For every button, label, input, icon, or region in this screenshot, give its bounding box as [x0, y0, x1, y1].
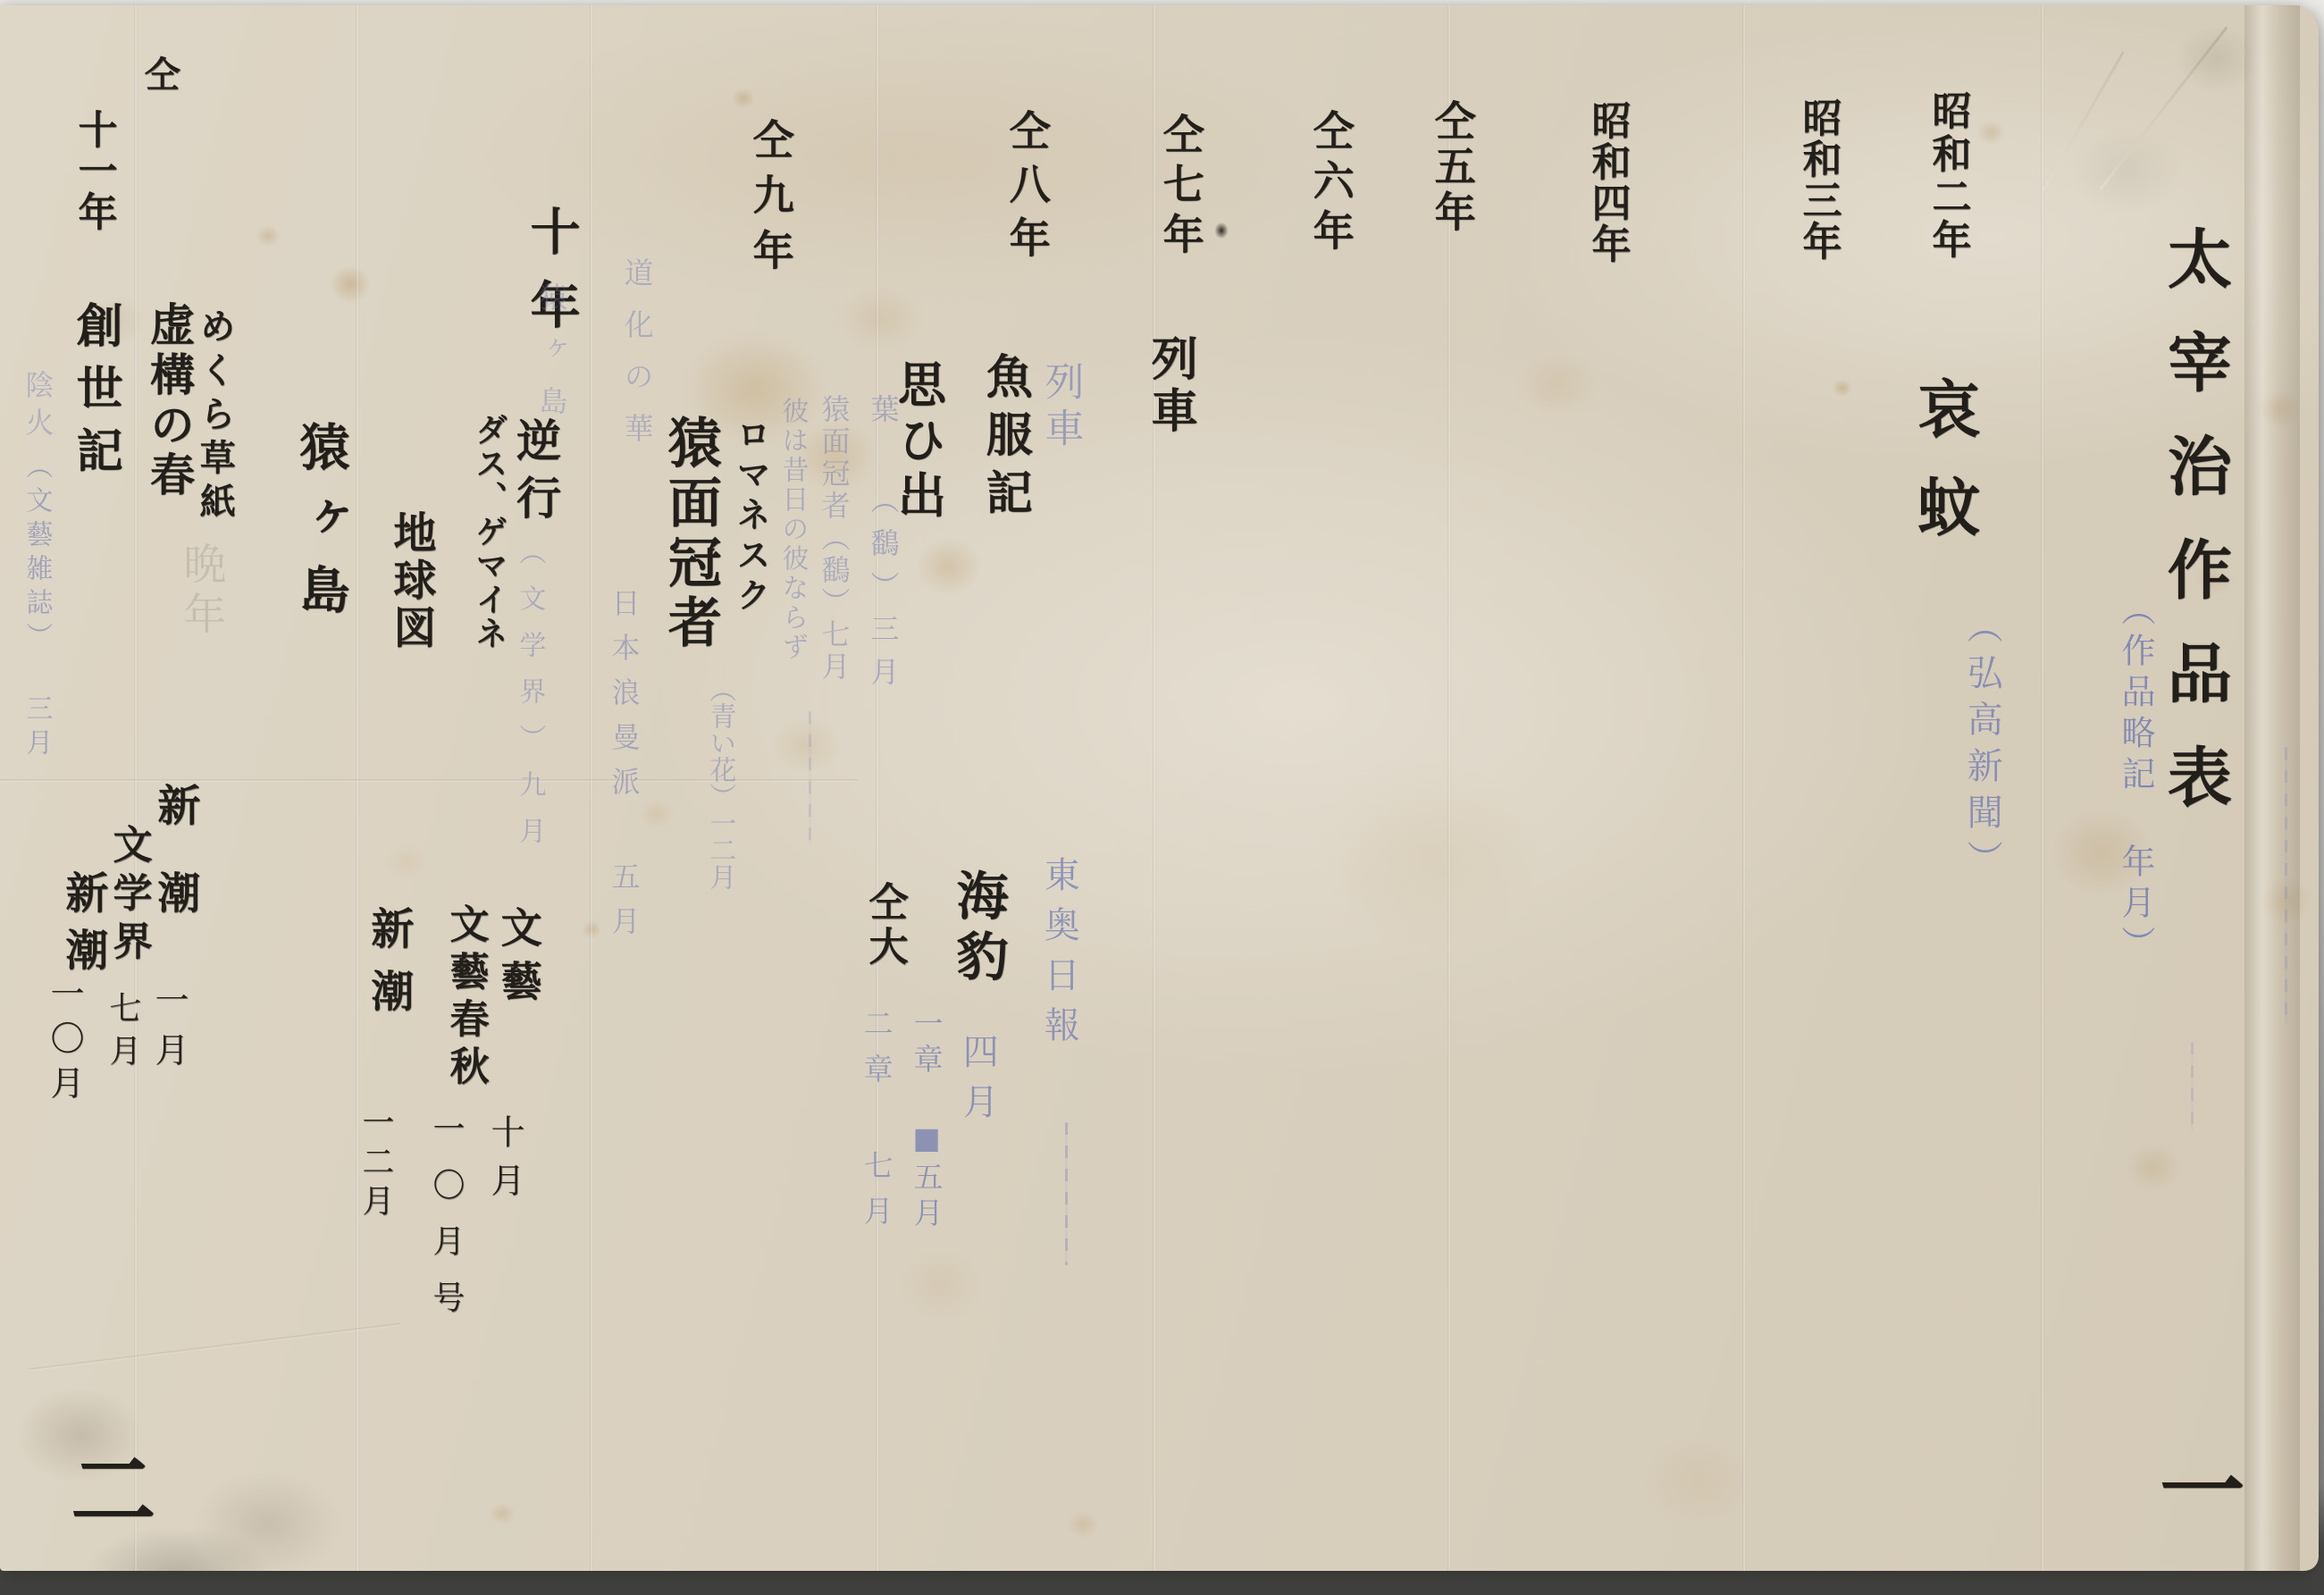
note-kaihyo-month: 四月 — [958, 1033, 996, 1133]
faint-pencil-trace — [2191, 1042, 2194, 1131]
work-sarugashima: 猿ヶ島 — [294, 421, 348, 635]
note-aoi-hana: ︵青い花︶一二月 — [705, 676, 734, 890]
pub-bungei-month: 十月 — [486, 1114, 523, 1211]
note-sarumen: 猿面冠者︵鷭︶七月 — [818, 394, 850, 684]
year-9: 仝九年 — [748, 118, 793, 284]
fold-crease — [1742, 5, 1746, 1571]
fold-crease — [1447, 5, 1451, 1571]
pub-shincho-10: 新潮 — [365, 906, 411, 1031]
faint-pencil-trace — [2285, 747, 2287, 1024]
note-bungei-zasshi: ︵文藝雑誌︶ 三月 — [21, 452, 50, 762]
year-7: 仝七年 — [1158, 113, 1203, 263]
note-aika: ︵弘高新聞︶ — [1962, 608, 2001, 886]
fold-crease — [134, 5, 138, 1571]
pub-bungakukai-11: 文学界 — [107, 824, 150, 969]
fold-crease — [876, 5, 879, 1571]
note-bungakukai: ︵文学界︶九月 — [515, 538, 543, 863]
year-11: 十一年 — [72, 109, 115, 232]
work-romanesque: ロマネスク — [733, 416, 769, 617]
pub-bungei: 文藝 — [496, 906, 541, 1013]
note-chapter-2: 二章 七月 — [860, 1008, 893, 1241]
year-showa-2: 昭和二年 — [1926, 90, 1969, 262]
wrinkle — [2100, 26, 2228, 189]
pub-bungeishunju-month: 一〇月号 — [428, 1112, 463, 1337]
page-title: 太宰治作品表 — [2160, 225, 2229, 847]
note-doke-no-hana: 道化の華 — [621, 257, 653, 465]
faint-pencil-trace — [809, 711, 811, 845]
fold-crease — [356, 5, 359, 1571]
work-chikyuzu: 地球図 — [387, 510, 433, 652]
pub-shincho-11a-month: 一月 — [150, 982, 187, 1082]
note-inka: 陰火 — [22, 370, 54, 445]
work-sarumen-kaja: 猿面冠者 — [661, 415, 719, 654]
page-number-left: 二 — [60, 1446, 152, 1531]
horizontal-crease — [28, 1322, 400, 1371]
note-ha: 葉 ︵鷭︶三月 — [868, 394, 899, 700]
pub-shincho-10-month: 一二月 — [357, 1105, 392, 1223]
note-kare: 彼は昔日の彼ならず — [777, 397, 806, 662]
work-gyakko: 逆行 — [511, 417, 559, 532]
year-showa-3: 昭和三年 — [1797, 97, 1840, 262]
note-title: ︵作品略記 年月︶ — [2117, 592, 2153, 967]
ghost-bannen: 晩年 — [177, 541, 223, 642]
pub-bungakukai-11-month: 七月 — [105, 991, 139, 1077]
pub-shincho-11b: 新潮 — [59, 870, 105, 985]
year-showa-4: 昭和四年 — [1586, 100, 1629, 264]
work-omoide: 思ひ出 — [893, 359, 944, 525]
note-nihon-roman-ha: 日本浪曼派 五月 — [608, 588, 640, 951]
pub-shincho-11a: 新潮 — [151, 783, 197, 958]
work-ressha: 列車 — [1145, 334, 1195, 438]
note-ressha: 列車 — [1039, 361, 1082, 454]
photo-backdrop: 太宰治作品表︵作品略記 年月︶昭和二年哀蚊︵弘高新聞︶昭和三年昭和四年仝五年仝六… — [0, 0, 2324, 1595]
fold-crease — [1153, 5, 1156, 1571]
work-kyoko-no-haru: 虚構の春 — [145, 301, 193, 501]
work-soseiki: 創世記 — [70, 301, 120, 489]
faint-pencil-trace — [1065, 1122, 1068, 1265]
work-kaihyo: 海豹 — [950, 869, 1006, 990]
year-6: 仝六年 — [1308, 109, 1353, 259]
manuscript-paper: 太宰治作品表︵作品略記 年月︶昭和二年哀蚊︵弘高新聞︶昭和三年昭和四年仝五年仝六… — [0, 5, 2319, 1571]
note-toou-nippo: 東奥日報 — [1039, 856, 1078, 1056]
work-gyofukuki: 魚服記 — [979, 352, 1029, 526]
page-number-right: 一 — [2149, 1446, 2241, 1531]
note-sarugashima: 猿ヶ島 — [536, 282, 567, 438]
right-edge-fold — [2244, 5, 2300, 1571]
year-5: 仝五年 — [1430, 99, 1474, 236]
label-dou-dai: 仝大 — [863, 881, 906, 970]
fold-crease — [2041, 5, 2044, 1571]
year-11-ditto: 仝 — [140, 55, 179, 91]
year-8: 仝八年 — [1004, 109, 1049, 270]
fold-crease — [590, 5, 593, 1571]
work-mekura-zoshi: めくら草紙 — [196, 307, 234, 526]
work-aika: 哀蚊 — [1910, 376, 1978, 573]
work-das-gemeine: ダス、ゲマイネ — [472, 413, 507, 651]
note-chapter-1: 一章 ■五月 — [910, 1008, 943, 1233]
pub-bungeishunju: 文藝春秋 — [444, 903, 487, 1093]
pub-shincho-11b-month: 一〇月 — [46, 976, 82, 1110]
